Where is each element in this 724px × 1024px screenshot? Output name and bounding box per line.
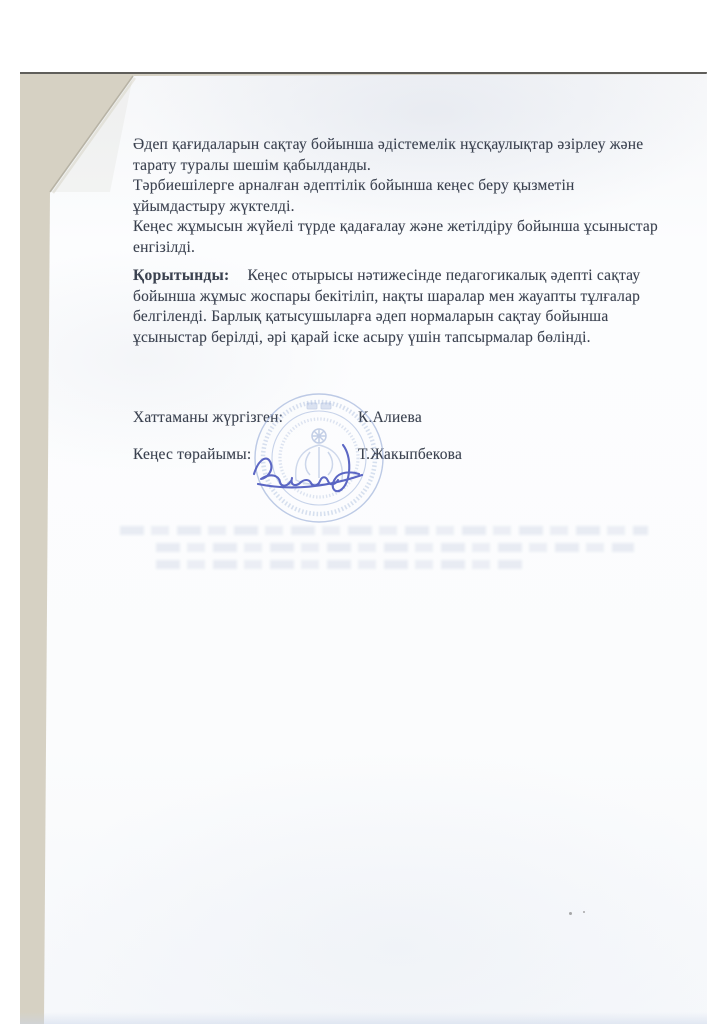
document-content: Әдеп қағидаларын сақтау бойынша әдістеме… — [20, 74, 707, 1024]
dust-speck — [569, 912, 572, 915]
ghost-text-line — [156, 543, 634, 552]
signature-row-chairwoman: Кеңес төрайымы: Т.Жакыпбекова — [133, 446, 693, 467]
signature-row-label: Кеңес төрайымы: — [133, 446, 251, 463]
conclusion-paragraph: Қорытынды:Кеңес отырысы нәтижесінде педа… — [133, 266, 708, 348]
signature-row-secretary: Хаттаманы жүргізген: К.Алиева — [133, 409, 693, 430]
conclusion-label: Қорытынды: — [133, 267, 229, 284]
ghost-text-line — [120, 526, 648, 535]
scanner-background: Әдеп қағидаларын сақтау бойынша әдістеме… — [20, 72, 707, 1024]
decision-paragraph: Әдеп қағидаларын сақтау бойынша әдістеме… — [133, 135, 708, 259]
ghost-text-line — [156, 560, 524, 569]
handwritten-signature — [246, 428, 396, 508]
scan-bottom-shade — [20, 1012, 707, 1024]
dust-speck — [583, 911, 585, 913]
